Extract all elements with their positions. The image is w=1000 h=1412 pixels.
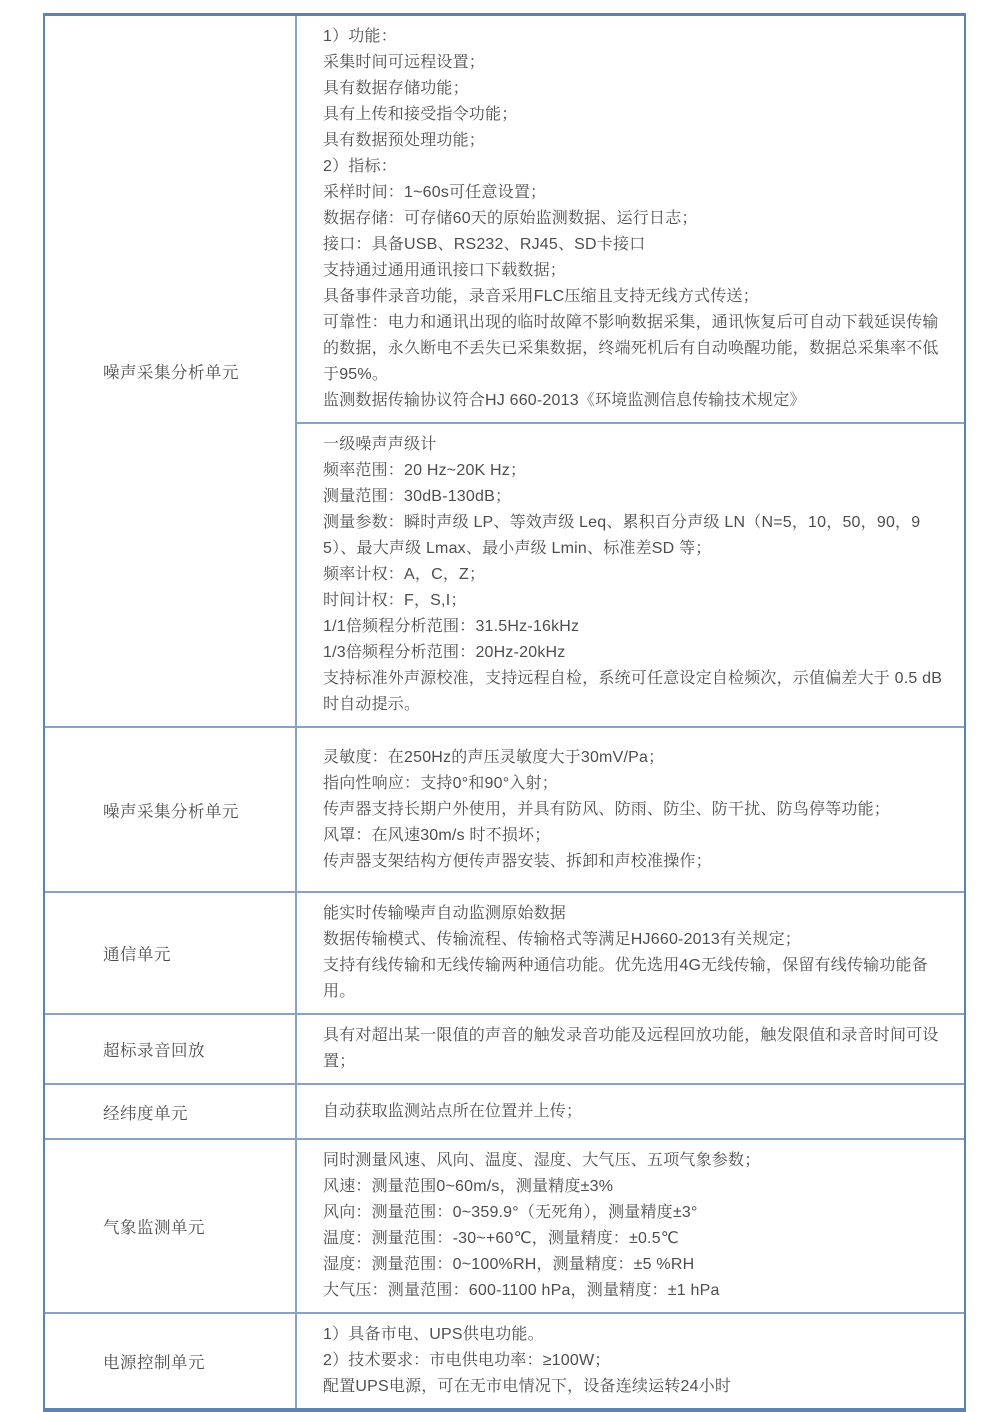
spec-line: 采样时间：1~60s可任意设置；	[323, 180, 952, 206]
spec-line: 风罩：在风速30m/s 时不损坏；	[323, 823, 952, 849]
spec-line: 1）功能：	[323, 24, 952, 50]
spec-line: 具有数据预处理功能；	[323, 128, 952, 154]
table-row: 气象监测单元同时测量风速、风向、温度、湿度、大气压、五项气象参数；风速：测量范围…	[45, 1138, 964, 1312]
spec-content-column: 自动获取监测站点所在位置并上传；	[295, 1085, 964, 1138]
spec-line: 频率计权：A，C，Z；	[323, 562, 952, 588]
unit-label-cell: 噪声采集分析单元	[45, 16, 295, 726]
unit-label: 通信单元	[103, 941, 171, 965]
document-page: 噪声采集分析单元1）功能：采集时间可远程设置；具有数据存储功能；具有上传和接受指…	[0, 0, 1000, 1376]
spec-line: 同时测量风速、风向、温度、湿度、大气压、五项气象参数；	[323, 1148, 952, 1174]
unit-label: 噪声采集分析单元	[103, 359, 239, 383]
spec-line: 湿度：测量范围：0~100%RH，测量精度：±5 %RH	[323, 1252, 952, 1278]
unit-label-cell: 电源控制单元	[45, 1314, 295, 1408]
spec-line: 自动获取监测站点所在位置并上传；	[323, 1099, 952, 1125]
spec-line: 支持标准外声源校准，支持远程自检，系统可任意设定自检频次，示值偏差大于 0.5 …	[323, 666, 952, 718]
spec-content-column: 同时测量风速、风向、温度、湿度、大气压、五项气象参数；风速：测量范围0~60m/…	[295, 1140, 964, 1312]
spec-line: 温度：测量范围：-30~+60℃，测量精度：±0.5℃	[323, 1226, 952, 1252]
spec-line: 数据存储：可存储60天的原始监测数据、运行日志；	[323, 206, 952, 232]
unit-label-cell: 经纬度单元	[45, 1085, 295, 1138]
spec-cell: 1）功能：采集时间可远程设置；具有数据存储功能；具有上传和接受指令功能；具有数据…	[297, 16, 964, 422]
table-row: 噪声采集分析单元灵敏度：在250Hz的声压灵敏度大于30mV/Pa；指向性响应：…	[45, 726, 964, 891]
table-row: 电源控制单元1）具备市电、UPS供电功能。2）技术要求：市电供电功率：≥100W…	[45, 1312, 964, 1408]
unit-label: 电源控制单元	[103, 1349, 205, 1373]
spec-line: 2）技术要求：市电供电功率：≥100W；	[323, 1348, 952, 1374]
table-row: 噪声采集分析单元1）功能：采集时间可远程设置；具有数据存储功能；具有上传和接受指…	[45, 16, 964, 726]
spec-line: 频率范围：20 Hz~20K Hz；	[323, 458, 952, 484]
unit-label: 超标录音回放	[103, 1037, 205, 1061]
spec-line: 大气压：测量范围：600-1100 hPa，测量精度：±1 hPa	[323, 1278, 952, 1304]
spec-line: 采集时间可远程设置；	[323, 50, 952, 76]
spec-line: 具有对超出某一限值的声音的触发录音功能及远程回放功能，触发限值和录音时间可设置；	[323, 1023, 952, 1075]
spec-table: 噪声采集分析单元1）功能：采集时间可远程设置；具有数据存储功能；具有上传和接受指…	[43, 13, 966, 1412]
spec-line: 1/1倍频程分析范围：31.5Hz-16kHz	[323, 614, 952, 640]
spec-content-column: 具有对超出某一限值的声音的触发录音功能及远程回放功能，触发限值和录音时间可设置；	[295, 1015, 964, 1083]
spec-line: 可靠性：电力和通讯出现的临时故障不影响数据采集，通讯恢复后可自动下载延误传输的数…	[323, 310, 952, 388]
spec-content-column: 1）功能：采集时间可远程设置；具有数据存储功能；具有上传和接受指令功能；具有数据…	[295, 16, 964, 726]
spec-line: 灵敏度：在250Hz的声压灵敏度大于30mV/Pa；	[323, 745, 952, 771]
unit-label-cell: 通信单元	[45, 893, 295, 1013]
spec-cell: 灵敏度：在250Hz的声压灵敏度大于30mV/Pa；指向性响应：支持0°和90°…	[297, 728, 964, 891]
spec-line: 支持通过通用通讯接口下载数据；	[323, 258, 952, 284]
spec-line: 1）具备市电、UPS供电功能。	[323, 1322, 952, 1348]
unit-label: 气象监测单元	[103, 1214, 205, 1238]
spec-line: 监测数据传输协议符合HJ 660-2013《环境监测信息传输技术规定》	[323, 388, 952, 414]
spec-line: 一级噪声声级计	[323, 432, 952, 458]
spec-line: 具备事件录音功能，录音采用FLC压缩且支持无线方式传送；	[323, 284, 952, 310]
spec-line: 风速：测量范围0~60m/s，测量精度±3%	[323, 1174, 952, 1200]
spec-line: 支持有线传输和无线传输两种通信功能。优先选用4G无线传输，保留有线传输功能备用。	[323, 953, 952, 1005]
spec-line: 传声器支架结构方便传声器安装、拆卸和声校准操作；	[323, 849, 952, 875]
unit-label: 经纬度单元	[103, 1100, 188, 1124]
spec-line: 测量范围：30dB-130dB；	[323, 484, 952, 510]
spec-line: 2）指标：	[323, 154, 952, 180]
table-row: 经纬度单元自动获取监测站点所在位置并上传；	[45, 1083, 964, 1138]
spec-line: 配置UPS电源，可在无市电情况下，设备连续运转24小时	[323, 1374, 952, 1400]
spec-content-column: 1）具备市电、UPS供电功能。2）技术要求：市电供电功率：≥100W；配置UPS…	[295, 1314, 964, 1408]
spec-line: 1/3倍频程分析范围：20Hz-20kHz	[323, 640, 952, 666]
table-row: 通信单元能实时传输噪声自动监测原始数据数据传输模式、传输流程、传输格式等满足HJ…	[45, 891, 964, 1013]
spec-cell: 一级噪声声级计频率范围：20 Hz~20K Hz；测量范围：30dB-130dB…	[297, 422, 964, 726]
spec-line: 具有数据存储功能；	[323, 76, 952, 102]
spec-line: 测量参数：瞬时声级 LP、等效声级 Leq、累积百分声级 LN（N=5，10，5…	[323, 510, 952, 562]
spec-cell: 同时测量风速、风向、温度、湿度、大气压、五项气象参数；风速：测量范围0~60m/…	[297, 1140, 964, 1312]
unit-label-cell: 气象监测单元	[45, 1140, 295, 1312]
spec-cell: 1）具备市电、UPS供电功能。2）技术要求：市电供电功率：≥100W；配置UPS…	[297, 1314, 964, 1408]
spec-line: 时间计权：F，S,I；	[323, 588, 952, 614]
unit-label-cell: 超标录音回放	[45, 1015, 295, 1083]
spec-line: 数据传输模式、传输流程、传输格式等满足HJ660-2013有关规定；	[323, 927, 952, 953]
unit-label-cell: 噪声采集分析单元	[45, 728, 295, 891]
spec-cell: 能实时传输噪声自动监测原始数据数据传输模式、传输流程、传输格式等满足HJ660-…	[297, 893, 964, 1013]
spec-line: 接口：具备USB、RS232、RJ45、SD卡接口	[323, 232, 952, 258]
unit-label: 噪声采集分析单元	[103, 798, 239, 822]
spec-content-column: 能实时传输噪声自动监测原始数据数据传输模式、传输流程、传输格式等满足HJ660-…	[295, 893, 964, 1013]
spec-content-column: 灵敏度：在250Hz的声压灵敏度大于30mV/Pa；指向性响应：支持0°和90°…	[295, 728, 964, 891]
spec-line: 能实时传输噪声自动监测原始数据	[323, 901, 952, 927]
spec-line: 具有上传和接受指令功能；	[323, 102, 952, 128]
spec-line: 指向性响应：支持0°和90°入射；	[323, 771, 952, 797]
spec-line: 传声器支持长期户外使用，并具有防风、防雨、防尘、防干扰、防鸟停等功能；	[323, 797, 952, 823]
spec-cell: 具有对超出某一限值的声音的触发录音功能及远程回放功能，触发限值和录音时间可设置；	[297, 1015, 964, 1083]
table-row: 超标录音回放具有对超出某一限值的声音的触发录音功能及远程回放功能，触发限值和录音…	[45, 1013, 964, 1083]
spec-cell: 自动获取监测站点所在位置并上传；	[297, 1085, 964, 1138]
spec-line: 风向：测量范围：0~359.9°（无死角），测量精度±3°	[323, 1200, 952, 1226]
